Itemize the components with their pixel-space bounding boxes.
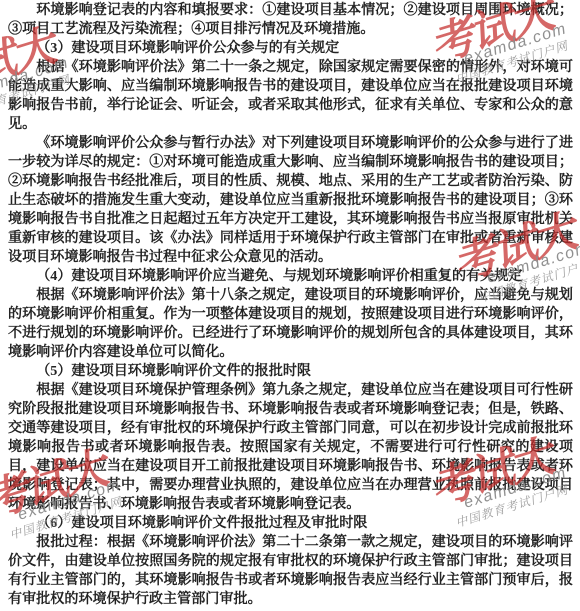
section-heading: （3）建设项目环境影响评价公众参与的有关规定 [8,39,573,58]
document-page: 环境影响登记表的内容和填报要求：①建设项目基本情况；②建设项目周围环境概况；③项… [8,1,573,611]
paragraph: 根据《建设项目环境保护管理条例》第九条之规定，建设单位应当在建设项目可行性研究阶… [8,381,573,514]
section-heading: （4）建设项目环境影响评价应当避免、与规划环境影响评价相重复的有关规定 [8,267,573,286]
section-heading: （6）建设项目环境影响评价文件报批过程及审批时限 [8,514,573,533]
paragraph: 《环境影响评价公众参与暂行办法》对下列建设项目环境影响评价的公众参与进行了进一步… [8,134,573,267]
paragraph: 报批过程：根据《环境影响评价法》第二十二条第一款之规定，建设项目的环境影响评价文… [8,533,573,609]
paragraph: 根据《环境影响评价法》第二十一条之规定，除国家规定需要保密的情形外，对环境可能造… [8,58,573,134]
paragraph: 环境影响登记表的内容和填报要求：①建设项目基本情况；②建设项目周围环境概况；③项… [8,1,573,39]
section-heading: （5）建设项目环境影响评价文件的报批时限 [8,362,573,381]
paragraph: 根据《环境影响评价法》第十八条之规定，建设项目的环境影响评价，应当避免与规划的环… [8,286,573,362]
